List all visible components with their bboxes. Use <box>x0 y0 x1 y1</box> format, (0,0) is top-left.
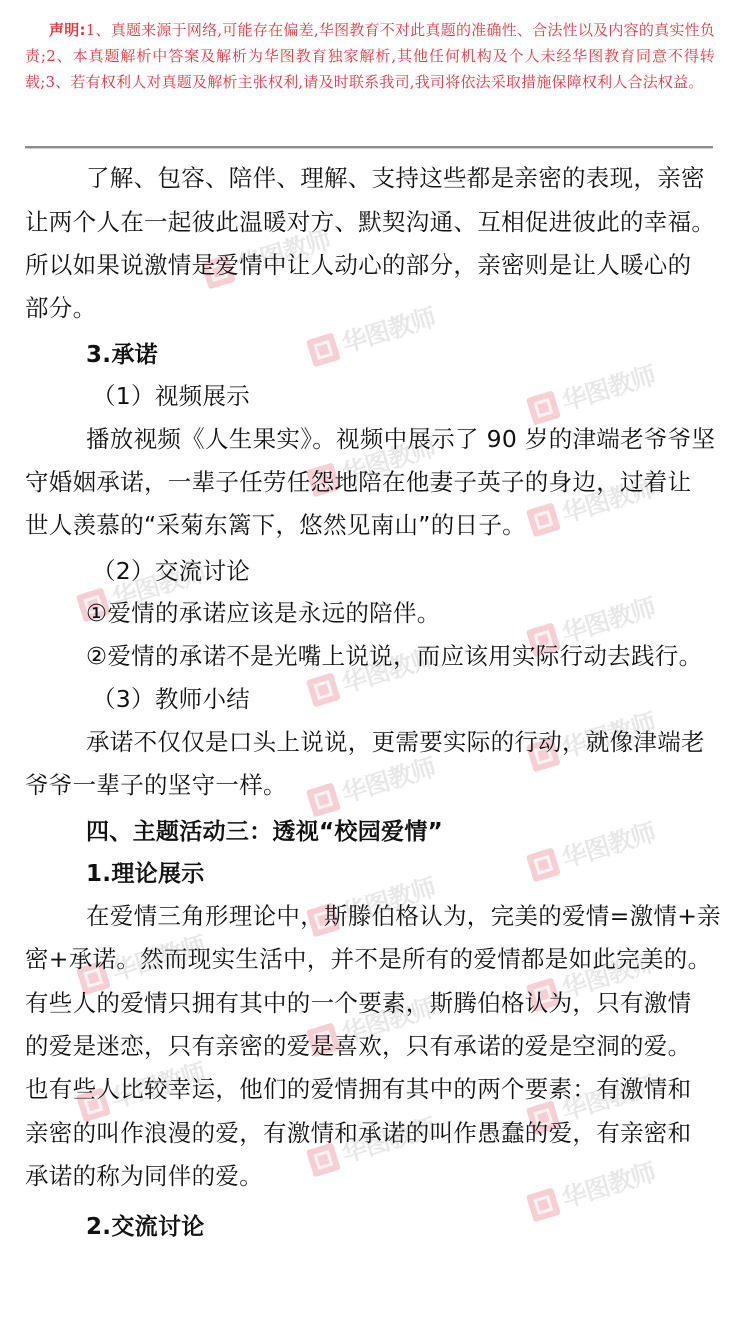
paragraph-line: 亲密的叫作浪漫的爱，有激情和承诺的叫作愚蠢的爱，有亲密和 <box>25 1118 691 1148</box>
disclaimer-label: 声明: <box>49 21 86 39</box>
paragraph-line: 播放视频《人生果实》。视频中展示了 90 岁的津端老爷爷坚 <box>86 424 715 454</box>
watermark: 华图教师 <box>526 818 659 883</box>
paragraph-line: 世人羡慕的“采菊东篱下，悠然见南山”的日子。 <box>25 510 526 540</box>
paragraph-line: 让两个人在一起彼此温暖对方、默契沟通、互相促进彼此的幸福。 <box>25 207 715 237</box>
watermark-text: 华图教师 <box>559 1159 658 1211</box>
section-heading: 1.理论展示 <box>86 859 205 889</box>
section-heading: 四、主题活动三：透视“校园爱情” <box>86 817 443 847</box>
subsection-heading: （1）视频展示 <box>92 381 250 411</box>
watermark-text: 华图教师 <box>339 754 438 806</box>
header-divider <box>25 146 713 149</box>
watermark-logo-icon <box>306 672 341 707</box>
paragraph-line: 部分。 <box>25 293 96 323</box>
watermark-text: 华图教师 <box>559 594 658 646</box>
disclaimer: 声明:1、真题来源于网络,可能存在偏差,华图教育不对此真题的准确性、合法性以及内… <box>25 17 715 95</box>
watermark-logo-icon <box>306 782 341 817</box>
paragraph-line: 承诺不仅仅是口头上说说，更需要实际的行动，就像津端老 <box>86 727 705 757</box>
watermark-text: 华图教师 <box>559 819 658 871</box>
watermark-logo-icon <box>526 1187 561 1222</box>
watermark-text: 华图教师 <box>559 362 658 414</box>
watermark: 华图教师 <box>526 361 659 426</box>
watermark: 华图教师 <box>306 753 439 818</box>
paragraph-line: 在爱情三角形理论中，斯滕伯格认为，完美的爱情=激情+亲 <box>86 901 721 931</box>
watermark-logo-icon <box>526 390 561 425</box>
document-page: 声明:1、真题来源于网络,可能存在偏差,华图教育不对此真题的准确性、合法性以及内… <box>0 0 748 1335</box>
watermark: 华图教师 <box>306 303 439 368</box>
subsection-heading: （3）教师小结 <box>92 684 250 714</box>
paragraph-line: 承诺的称为同伴的爱。 <box>25 1161 263 1191</box>
paragraph-line: 有些人的爱情只拥有其中的一个要素，斯腾伯格认为，只有激情 <box>25 988 691 1018</box>
list-item: ①爱情的承诺应该是永远的陪伴。 <box>86 598 441 628</box>
watermark-text: 华图教师 <box>339 304 438 356</box>
watermark: 华图教师 <box>526 1158 659 1223</box>
paragraph-line: 守婚姻承诺，一辈子任劳任怨地陪在他妻子英子的身边，过着让 <box>25 467 691 497</box>
paragraph-line: 所以如果说激情是爱情中让人动心的部分，亲密则是让人暖心的 <box>25 250 691 280</box>
paragraph-line: 爷爷一辈子的坚守一样。 <box>25 770 287 800</box>
disclaimer-text: 1、真题来源于网络,可能存在偏差,华图教育不对此真题的准确性、合法性以及内容的真… <box>25 21 715 91</box>
watermark-logo-icon <box>306 332 341 367</box>
list-item: ②爱情的承诺不是光嘴上说说，而应该用实际行动去践行。 <box>86 641 702 671</box>
paragraph-line: 了解、包容、陪伴、理解、支持这些都是亲密的表现，亲密 <box>86 163 705 193</box>
subsection-heading: （2）交流讨论 <box>92 556 250 586</box>
section-heading: 3.承诺 <box>86 340 158 370</box>
paragraph-line: 的爱是迷恋，只有亲密的爱是喜欢，只有承诺的爱是空洞的爱。 <box>25 1031 691 1061</box>
watermark-logo-icon <box>526 847 561 882</box>
paragraph-line: 也有些人比较幸运，他们的爱情拥有其中的两个要素：有激情和 <box>25 1074 691 1104</box>
section-heading: 2.交流讨论 <box>86 1212 205 1242</box>
watermark-logo-icon <box>526 502 561 537</box>
paragraph-line: 密+承诺。然而现实生活中，并不是所有的爱情都是如此完美的。 <box>25 944 711 974</box>
